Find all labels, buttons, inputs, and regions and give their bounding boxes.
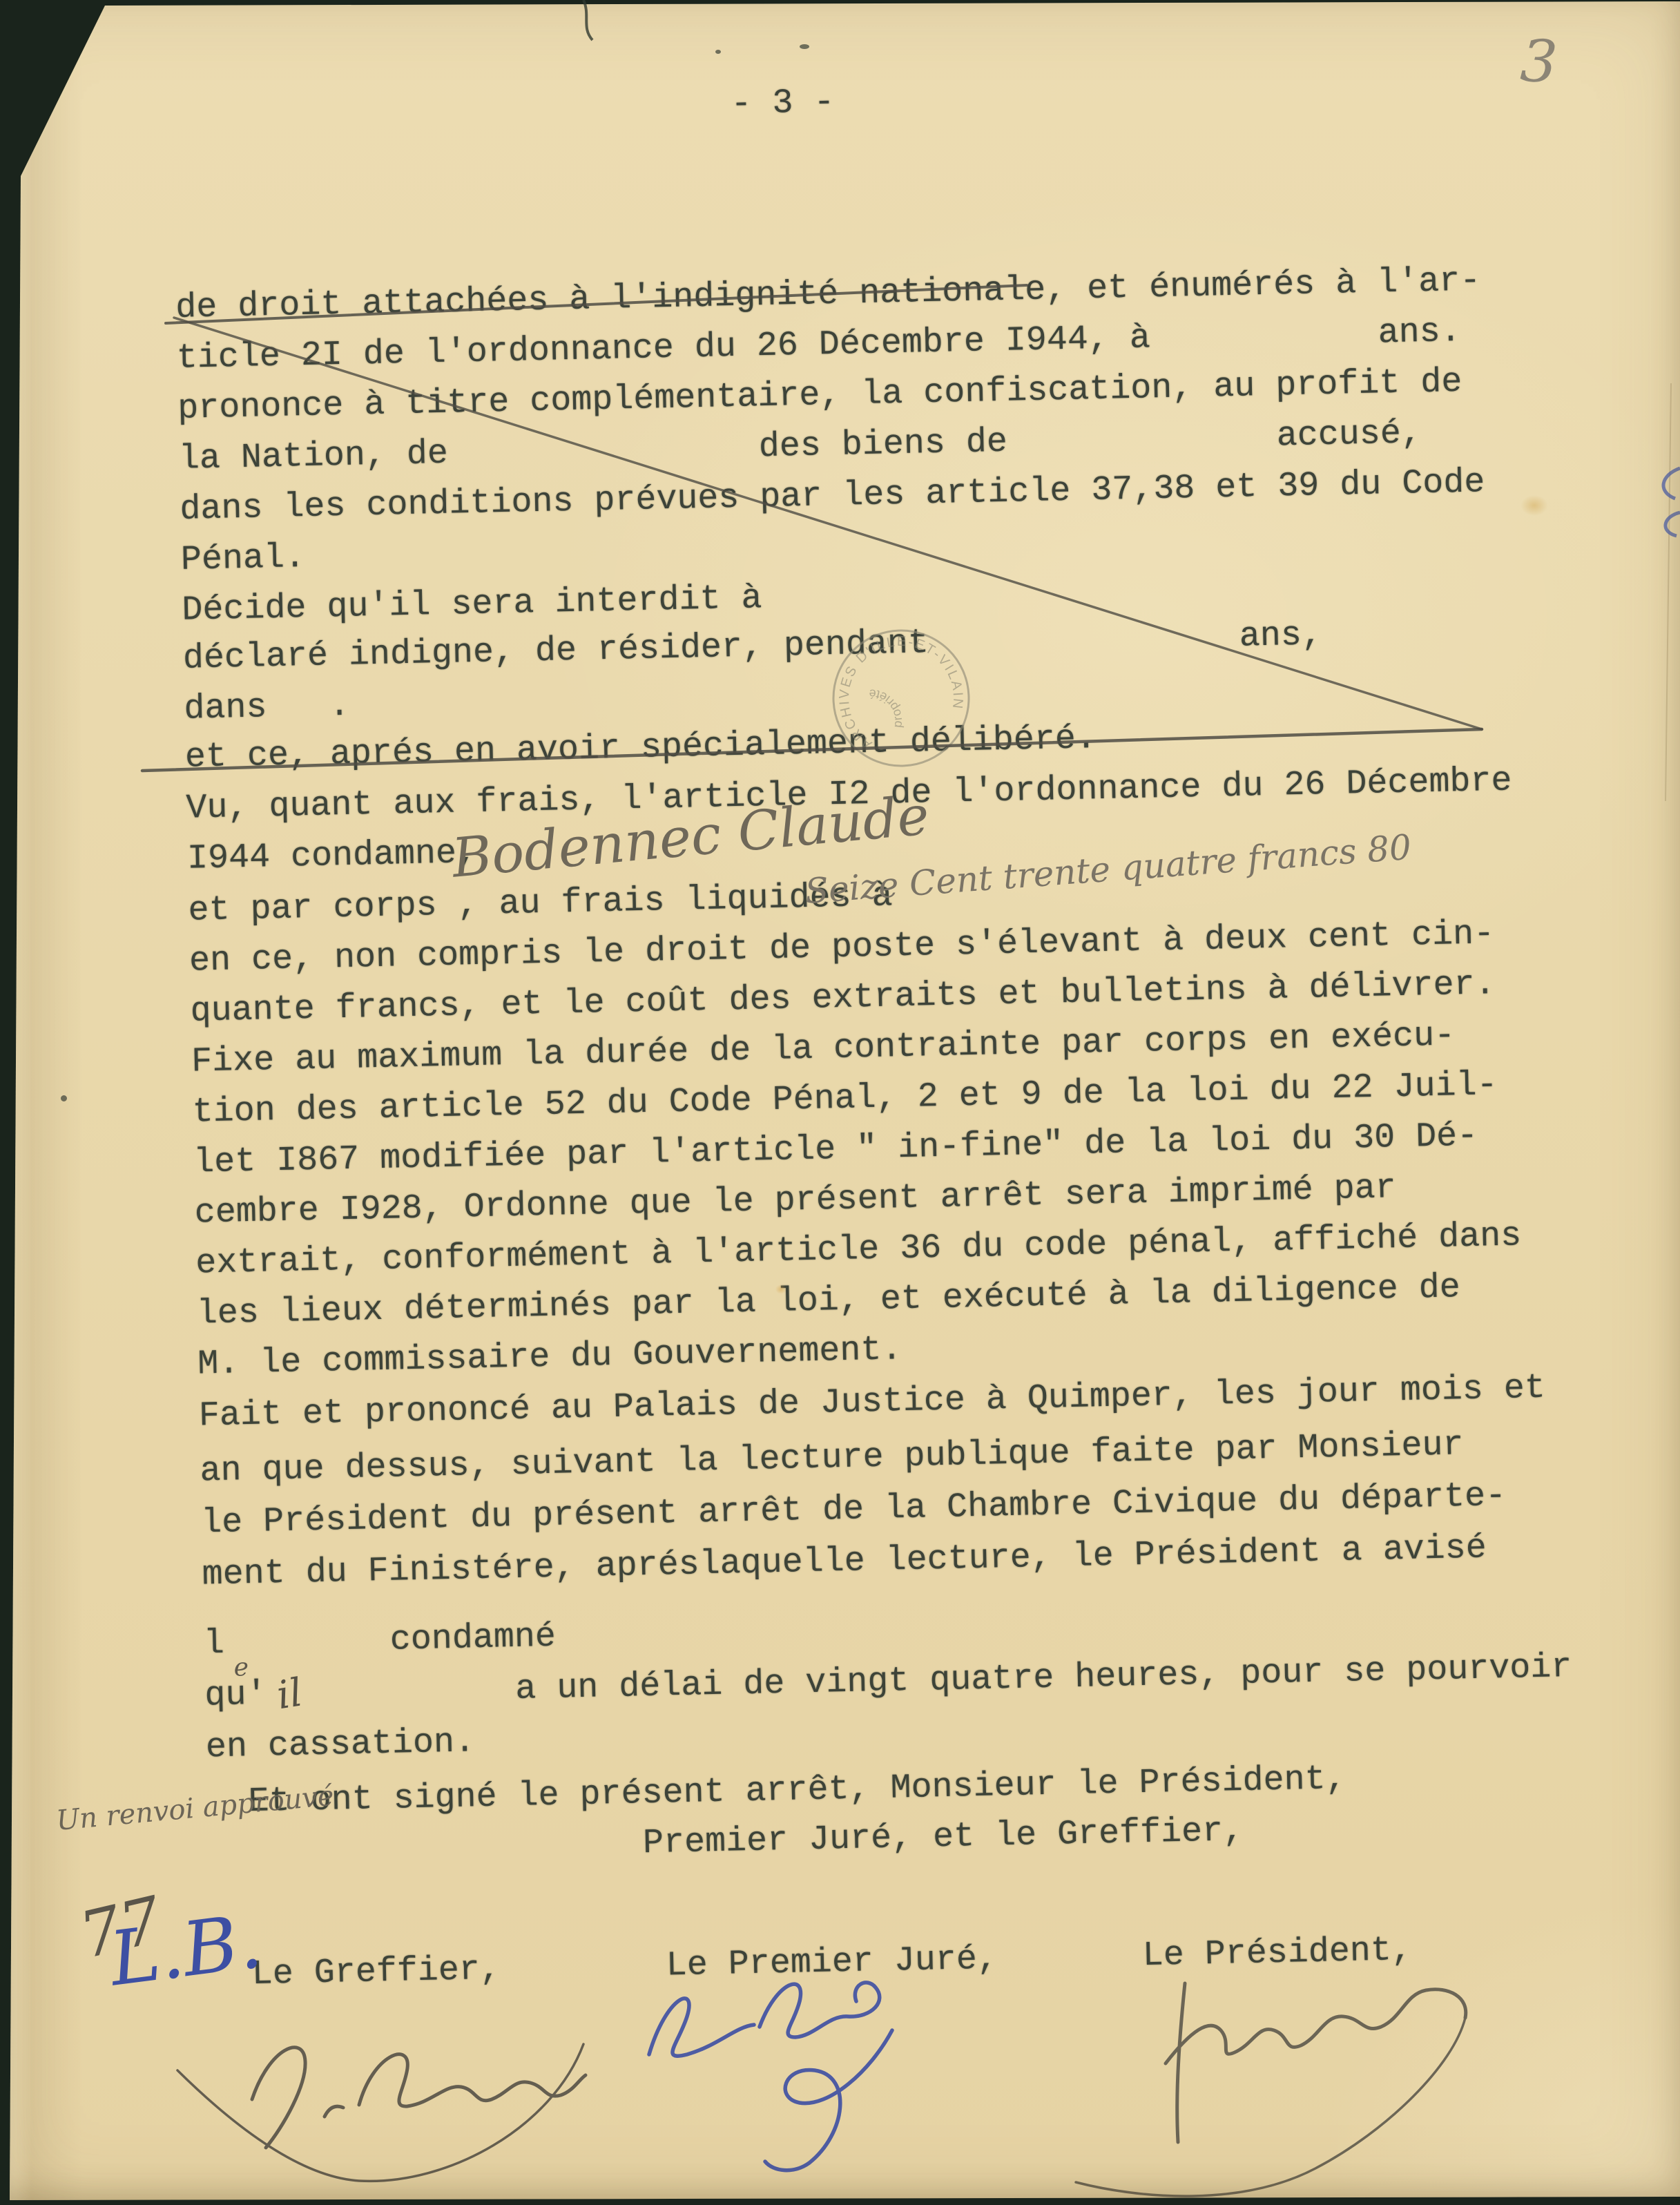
typed-line: Décide qu'il sera interdit à bbox=[182, 578, 762, 632]
typed-line: en cassation. bbox=[205, 1722, 475, 1769]
handwritten-inserted-e: e bbox=[233, 1653, 249, 1682]
typed-line: l condamné bbox=[203, 1617, 556, 1666]
typed-line: Le Greffier, Le Premier Juré, Le Préside… bbox=[210, 1930, 1412, 1996]
typed-line: dans . bbox=[184, 686, 350, 731]
typed-line: I944 condamne, bbox=[186, 833, 477, 880]
typed-line: et par corps , au frais liquidés à bbox=[188, 876, 893, 932]
ink-speck bbox=[715, 50, 721, 54]
scanned-document-page: { "page": { "number_typed": " - 3 -", "n… bbox=[0, 0, 1680, 2205]
pencil-page-number: 3 bbox=[1518, 27, 1559, 97]
ink-speck bbox=[800, 44, 809, 49]
typed-line: Pénal. bbox=[180, 537, 305, 581]
typed-line: M. le commissaire du Gouvernement. bbox=[197, 1329, 902, 1385]
typed-line: - 3 - bbox=[171, 82, 835, 137]
handwriting-container: Bodennec ClaudeSeize Cent trente quatre … bbox=[0, 0, 1679, 3]
handwritten-margin-note: Un renvoi approuvé bbox=[55, 1780, 336, 1837]
typed-lines-container: - 3 -de droit attachées à l'indignité na… bbox=[0, 0, 1679, 3]
typed-text-layer: - 3 -de droit attachées à l'indignité na… bbox=[0, 0, 1680, 2205]
ink-speck bbox=[61, 1095, 67, 1101]
